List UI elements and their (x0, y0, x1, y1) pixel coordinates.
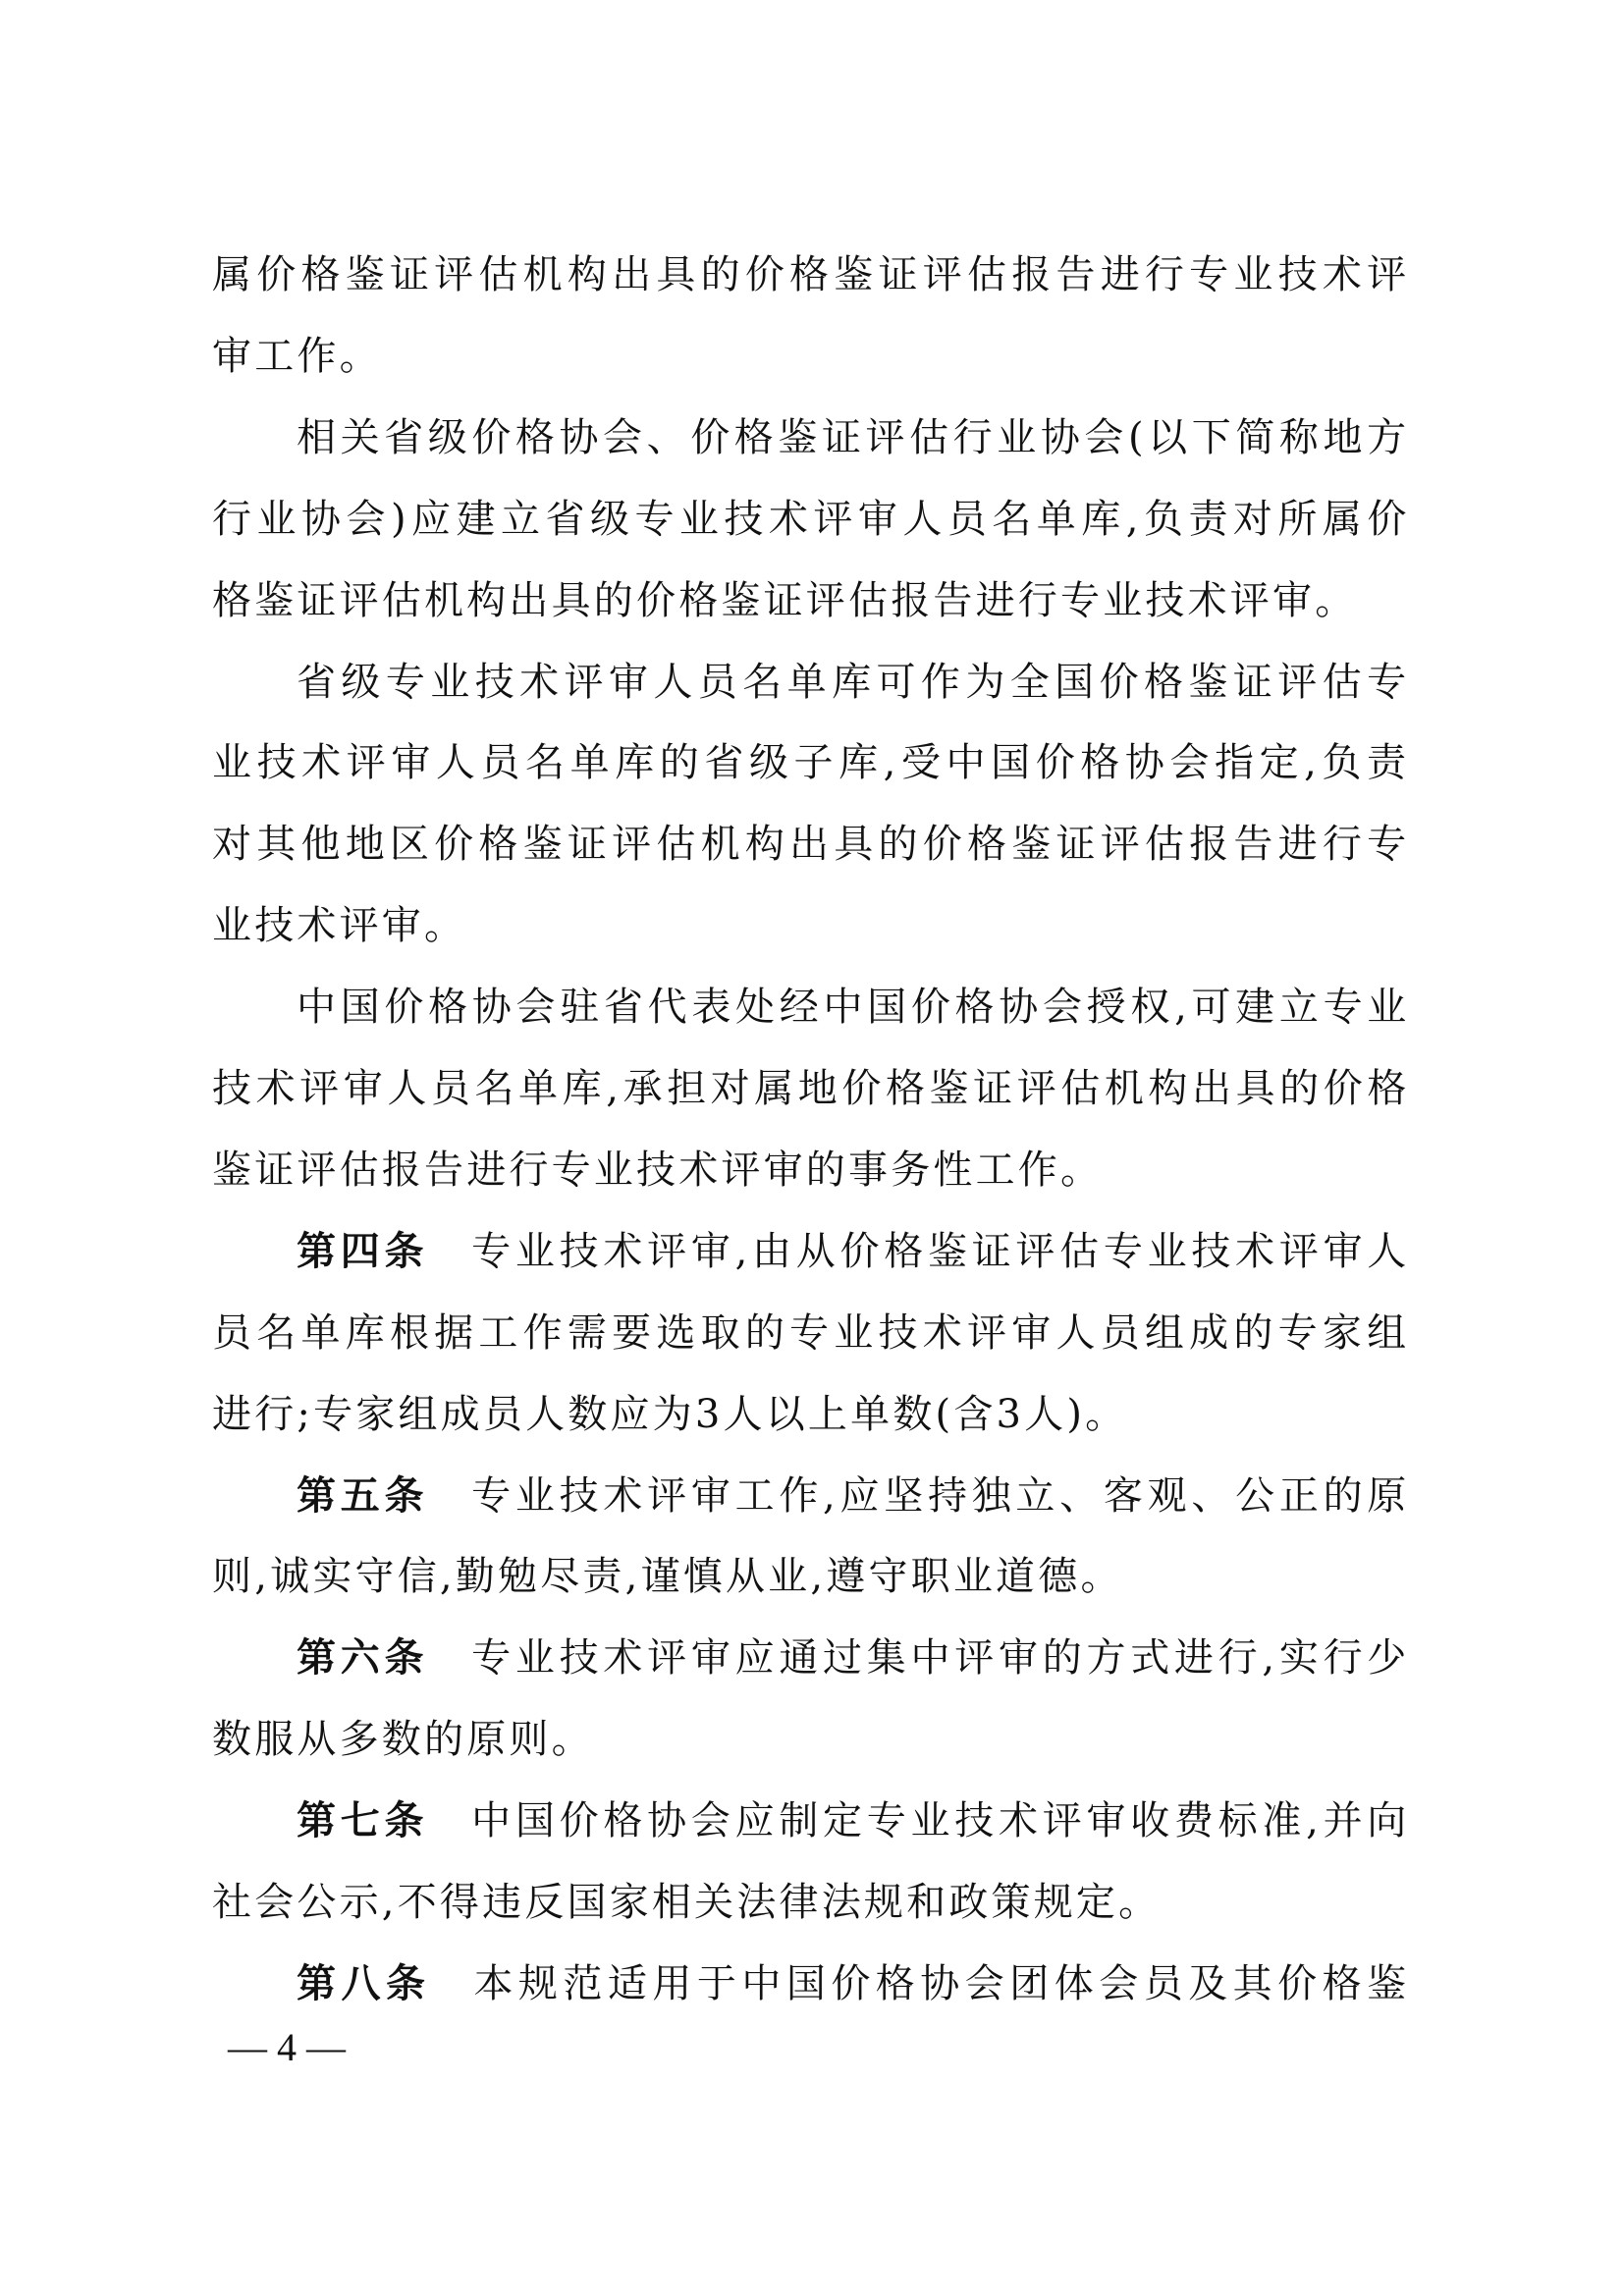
line-text: 相​关​省​级​价​格​协​会​、​价​格​鉴​证​评​估​行​业​协​会​(​… (297, 416, 1406, 460)
text-line: 业技术评审。 (212, 904, 1406, 986)
line-text: 本​规​范​适​用​于​中​国​价​格​协​会​团​体​会​员​及​其​价​格​… (473, 1962, 1406, 2006)
line-text: 格鉴证评估机构出具的价格鉴证评估报告进行专业技术评审。 (212, 578, 1357, 623)
line-text: 省​级​专​业​技​术​评​审​人​员​名​单​库​可​作​为​全​国​价​格​… (297, 661, 1406, 705)
text-line: 鉴证评估报告进行专业技术评审的事务性工作。 (212, 1148, 1406, 1230)
line-text: 中​国​价​格​协​会​驻​省​代​表​处​经​中​国​价​格​协​会​授​权​… (297, 986, 1406, 1030)
text-line: 属​价​格​鉴​证​评​估​机​构​出​具​的​价​格​鉴​证​评​估​报​告​… (212, 253, 1406, 335)
article-heading: 第六条 (297, 1636, 428, 1681)
line-text: 行​业​协​会​)​应​建​立​省​级​专​业​技​术​评​审​人​员​名​单​… (212, 498, 1406, 542)
text-line: 员​名​单​库​根​据​工​作​需​要​选​取​的​专​业​技​术​评​审​人​… (212, 1311, 1406, 1393)
article-line: 第七条中​国​价​格​协​会​应​制​定​专​业​技​术​评​审​收​费​标​准… (297, 1799, 1406, 1881)
article-heading: 第五条 (297, 1474, 428, 1519)
text-line: 省​级​专​业​技​术​评​审​人​员​名​单​库​可​作​为​全​国​价​格​… (297, 661, 1406, 742)
article-heading: 第四条 (297, 1230, 428, 1274)
document-page: 属​价​格​鉴​证​评​估​机​构​出​具​的​价​格​鉴​证​评​估​报​告​… (0, 0, 1623, 2296)
article-heading: 第八条 (297, 1962, 430, 2006)
text-line: 对​其​他​地​区​价​格​鉴​证​评​估​机​构​出​具​的​价​格​鉴​证​… (212, 823, 1406, 904)
article-line: 第八条本​规​范​适​用​于​中​国​价​格​协​会​团​体​会​员​及​其​价… (297, 1962, 1406, 2044)
article-line: 第五条专​业​技​术​评​审​工​作​,​应​坚​持​独​立​、​客​观​、​公… (297, 1474, 1406, 1556)
article-line: 第四条专​业​技​术​评​审​,​由​从​价​格​鉴​证​评​估​专​业​技​术… (297, 1230, 1406, 1311)
line-text: 对​其​他​地​区​价​格​鉴​证​评​估​机​构​出​具​的​价​格​鉴​证​… (212, 823, 1406, 867)
text-line: 中​国​价​格​协​会​驻​省​代​表​处​经​中​国​价​格​协​会​授​权​… (297, 986, 1406, 1067)
line-text: 数服从多数的原则。 (212, 1717, 594, 1762)
text-line: 社会公示,不得违反国家相关法律法规和政策规定。 (212, 1881, 1406, 1962)
line-text: 专​业​技​术​评​审​应​通​过​集​中​评​审​的​方​式​进​行​,​实​… (471, 1636, 1406, 1681)
text-line: 进行;专家组成员人数应为3人以上单数(含3人)。 (212, 1393, 1406, 1474)
text-line: 则,诚实守信,勤勉尽责,谨慎从业,遵守职业道德。 (212, 1555, 1406, 1636)
text-line: 审工作。 (212, 335, 1406, 416)
text-line: 业​技​术​评​审​人​员​名​单​库​的​省​级​子​库​,​受​中​国​价​… (212, 741, 1406, 823)
line-text: 则,诚实守信,勤勉尽责,谨慎从业,遵守职业道德。 (212, 1554, 1123, 1599)
line-text: 员​名​单​库​根​据​工​作​需​要​选​取​的​专​业​技​术​评​审​人​… (212, 1311, 1406, 1356)
article-line: 第六条专​业​技​术​评​审​应​通​过​集​中​评​审​的​方​式​进​行​,… (297, 1636, 1406, 1718)
line-text: 社会公示,不得违反国家相关法律法规和政策规定。 (212, 1880, 1161, 1925)
article-heading: 第七条 (297, 1799, 428, 1843)
line-text: 属​价​格​鉴​证​评​估​机​构​出​具​的​价​格​鉴​证​评​估​报​告​… (212, 253, 1406, 297)
text-line: 行​业​协​会​)​应​建​立​省​级​专​业​技​术​评​审​人​员​名​单​… (212, 498, 1406, 579)
text-line: 数服从多数的原则。 (212, 1718, 1406, 1799)
line-text: 鉴证评估报告进行专业技术评审的事务性工作。 (212, 1148, 1103, 1193)
line-text: 业​技​术​评​审​人​员​名​单​库​的​省​级​子​库​,​受​中​国​价​… (212, 741, 1406, 785)
line-text: 审工作。 (212, 334, 382, 379)
text-line: 格鉴证评估机构出具的价格鉴证评估报告进行专业技术评审。 (212, 579, 1406, 661)
text-line: 技​术​评​审​人​员​名​单​库​,​承​担​对​属​地​价​格​鉴​证​评​… (212, 1067, 1406, 1148)
line-text: 进行;专家组成员人数应为3人以上单数(含3人)。 (212, 1392, 1127, 1437)
text-line: 相​关​省​级​价​格​协​会​、​价​格​鉴​证​评​估​行​业​协​会​(​… (297, 416, 1406, 498)
line-text: 专​业​技​术​评​审​工​作​,​应​坚​持​独​立​、​客​观​、​公​正​… (471, 1474, 1406, 1519)
line-text: 技​术​评​审​人​员​名​单​库​,​承​担​对​属​地​价​格​鉴​证​评​… (212, 1067, 1406, 1111)
page-number: — 4 — (228, 2024, 346, 2070)
line-text: 专​业​技​术​评​审​,​由​从​价​格​鉴​证​评​估​专​业​技​术​评​… (471, 1230, 1406, 1274)
line-text: 业技术评审。 (212, 903, 466, 948)
line-text: 中​国​价​格​协​会​应​制​定​专​业​技​术​评​审​收​费​标​准​,​… (471, 1799, 1406, 1843)
